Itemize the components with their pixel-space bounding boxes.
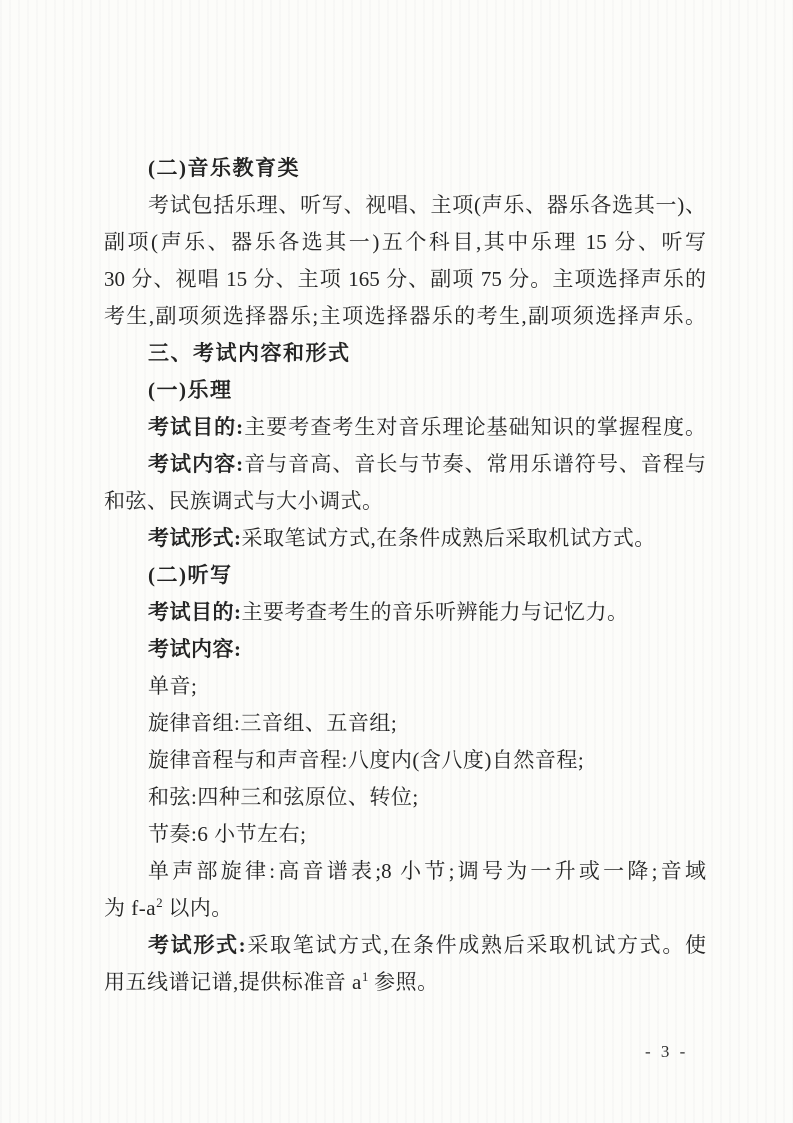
line-text: 30 分、视唱 15 分、主项 165 分、副项 75 分。主项选择声乐的 bbox=[104, 267, 706, 291]
line-text: 考生,副项须选择器乐;主项选择器乐的考生,副项须选择声乐。 bbox=[104, 304, 706, 328]
heading-music-theory: (一)乐理 bbox=[104, 372, 706, 409]
list-item-line: 节奏:6 小节左右; bbox=[104, 816, 706, 853]
paragraph-line: 用五线谱记谱,提供标准音 a1 参照。 bbox=[104, 964, 706, 1001]
paragraph-line: 考试内容: bbox=[104, 631, 706, 668]
line-lead-label: 考试内容: bbox=[148, 637, 242, 661]
line-text: 采取笔试方式,在条件成熟后采取机试方式。使 bbox=[246, 933, 706, 957]
line-lead-label: 考试目的: bbox=[148, 600, 242, 624]
paragraph-line: 考试目的:主要考查考生对音乐理论基础知识的掌握程度。 bbox=[104, 409, 706, 446]
line-lead-label: 考试目的: bbox=[148, 415, 243, 439]
list-item-line: 单音; bbox=[104, 668, 706, 705]
line-lead-label: 考试形式: bbox=[148, 526, 242, 550]
paragraph-line: 考试形式:采取笔试方式,在条件成熟后采取机试方式。使 bbox=[104, 927, 706, 964]
list-item-line: 旋律音程与和声音程:八度内(含八度)自然音程; bbox=[104, 742, 706, 779]
document-page: (二)音乐教育类 考试包括乐理、听写、视唱、主项(声乐、器乐各选其一)、 副项(… bbox=[0, 0, 793, 1123]
document-body: (二)音乐教育类 考试包括乐理、听写、视唱、主项(声乐、器乐各选其一)、 副项(… bbox=[104, 150, 706, 1001]
heading-text: (二)音乐教育类 bbox=[148, 156, 300, 180]
line-text: 旋律音组:三音组、五音组; bbox=[148, 711, 397, 735]
line-text: 参照。 bbox=[368, 970, 438, 994]
line-text: 以内。 bbox=[163, 896, 233, 920]
line-text: 为 f-a bbox=[104, 896, 156, 920]
list-item-line: 旋律音组:三音组、五音组; bbox=[104, 705, 706, 742]
paragraph-line: 考生,副项须选择器乐;主项选择器乐的考生,副项须选择声乐。 bbox=[104, 298, 706, 335]
heading-text: (一)乐理 bbox=[148, 378, 233, 402]
heading-text: (二)听写 bbox=[148, 563, 233, 587]
line-lead-label: 考试形式: bbox=[148, 933, 246, 957]
line-text: 主要考查考生的音乐听辨能力与记忆力。 bbox=[242, 600, 629, 624]
paragraph-line: 考试包括乐理、听写、视唱、主项(声乐、器乐各选其一)、 bbox=[104, 187, 706, 224]
line-text: 副项(声乐、器乐各选其一)五个科目,其中乐理 15 分、听写 bbox=[104, 230, 706, 254]
paragraph-line: 考试形式:采取笔试方式,在条件成熟后采取机试方式。 bbox=[104, 520, 706, 557]
line-lead-label: 考试内容: bbox=[148, 452, 243, 476]
page-number: - 3 - bbox=[645, 1042, 688, 1062]
line-text: 主要考查考生对音乐理论基础知识的掌握程度。 bbox=[243, 415, 706, 439]
paragraph-line: 考试内容:音与音高、音长与节奏、常用乐谱符号、音程与 bbox=[104, 446, 706, 483]
line-text: 和弦、民族调式与大小调式。 bbox=[104, 489, 384, 513]
line-text: 采取笔试方式,在条件成熟后采取机试方式。 bbox=[242, 526, 656, 550]
heading-dictation: (二)听写 bbox=[104, 557, 706, 594]
paragraph-line: 考试目的:主要考查考生的音乐听辨能力与记忆力。 bbox=[104, 594, 706, 631]
heading-text: 三、考试内容和形式 bbox=[148, 341, 351, 365]
heading-exam-content-and-format: 三、考试内容和形式 bbox=[104, 335, 706, 372]
line-text: 用五线谱记谱,提供标准音 a bbox=[104, 970, 362, 994]
paragraph-line: 副项(声乐、器乐各选其一)五个科目,其中乐理 15 分、听写 bbox=[104, 224, 706, 261]
line-text: 旋律音程与和声音程:八度内(含八度)自然音程; bbox=[148, 748, 584, 772]
line-text: 音与音高、音长与节奏、常用乐谱符号、音程与 bbox=[243, 452, 706, 476]
line-text: 单声部旋律:高音谱表;8 小节;调号为一升或一降;音域 bbox=[148, 859, 706, 883]
line-text: 节奏:6 小节左右; bbox=[148, 822, 306, 846]
list-item-line: 单声部旋律:高音谱表;8 小节;调号为一升或一降;音域 bbox=[104, 853, 706, 890]
heading-music-education-category: (二)音乐教育类 bbox=[104, 150, 706, 187]
paragraph-line: 30 分、视唱 15 分、主项 165 分、副项 75 分。主项选择声乐的 bbox=[104, 261, 706, 298]
line-text: 单音; bbox=[148, 674, 197, 698]
list-item-line: 为 f-a2 以内。 bbox=[104, 890, 706, 927]
line-text: 和弦:四种三和弦原位、转位; bbox=[148, 785, 419, 809]
paragraph-line: 和弦、民族调式与大小调式。 bbox=[104, 483, 706, 520]
list-item-line: 和弦:四种三和弦原位、转位; bbox=[104, 779, 706, 816]
line-text: 考试包括乐理、听写、视唱、主项(声乐、器乐各选其一)、 bbox=[148, 193, 706, 217]
